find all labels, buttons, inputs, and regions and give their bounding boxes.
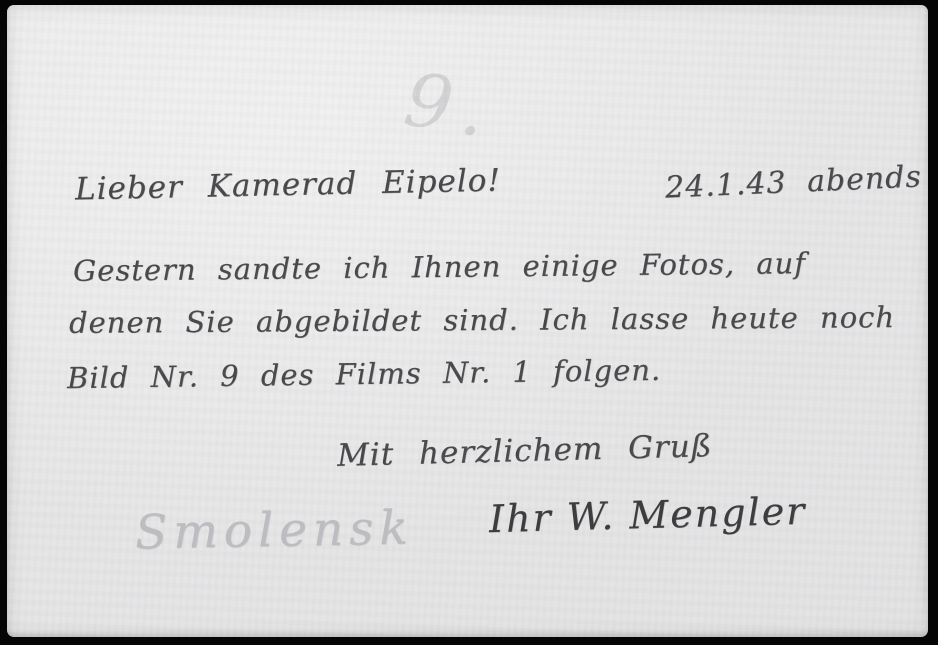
closing-line: Mit herzlichem Gruß: [337, 428, 713, 474]
scan-frame: 9. Lieber Kamerad Eipelo! 24.1.43 abends…: [0, 0, 938, 645]
salutation-line: Lieber Kamerad Eipelo!: [75, 163, 502, 208]
signature-pencil-location: Smolensk: [135, 501, 415, 561]
dateline: 24.1.43 abends: [664, 159, 922, 205]
postcard: 9. Lieber Kamerad Eipelo! 24.1.43 abends…: [7, 5, 928, 637]
body-line: Bild Nr. 9 des Films Nr. 1 folgen.: [67, 353, 662, 395]
pencil-photo-number: 9.: [399, 56, 502, 155]
signature-ink: Ihr W. Mengler: [488, 489, 806, 541]
body-line: Gestern sandte ich Ihnen einige Fotos, a…: [73, 246, 806, 288]
body-line: denen Sie abgebildet sind. Ich lasse heu…: [69, 300, 895, 340]
